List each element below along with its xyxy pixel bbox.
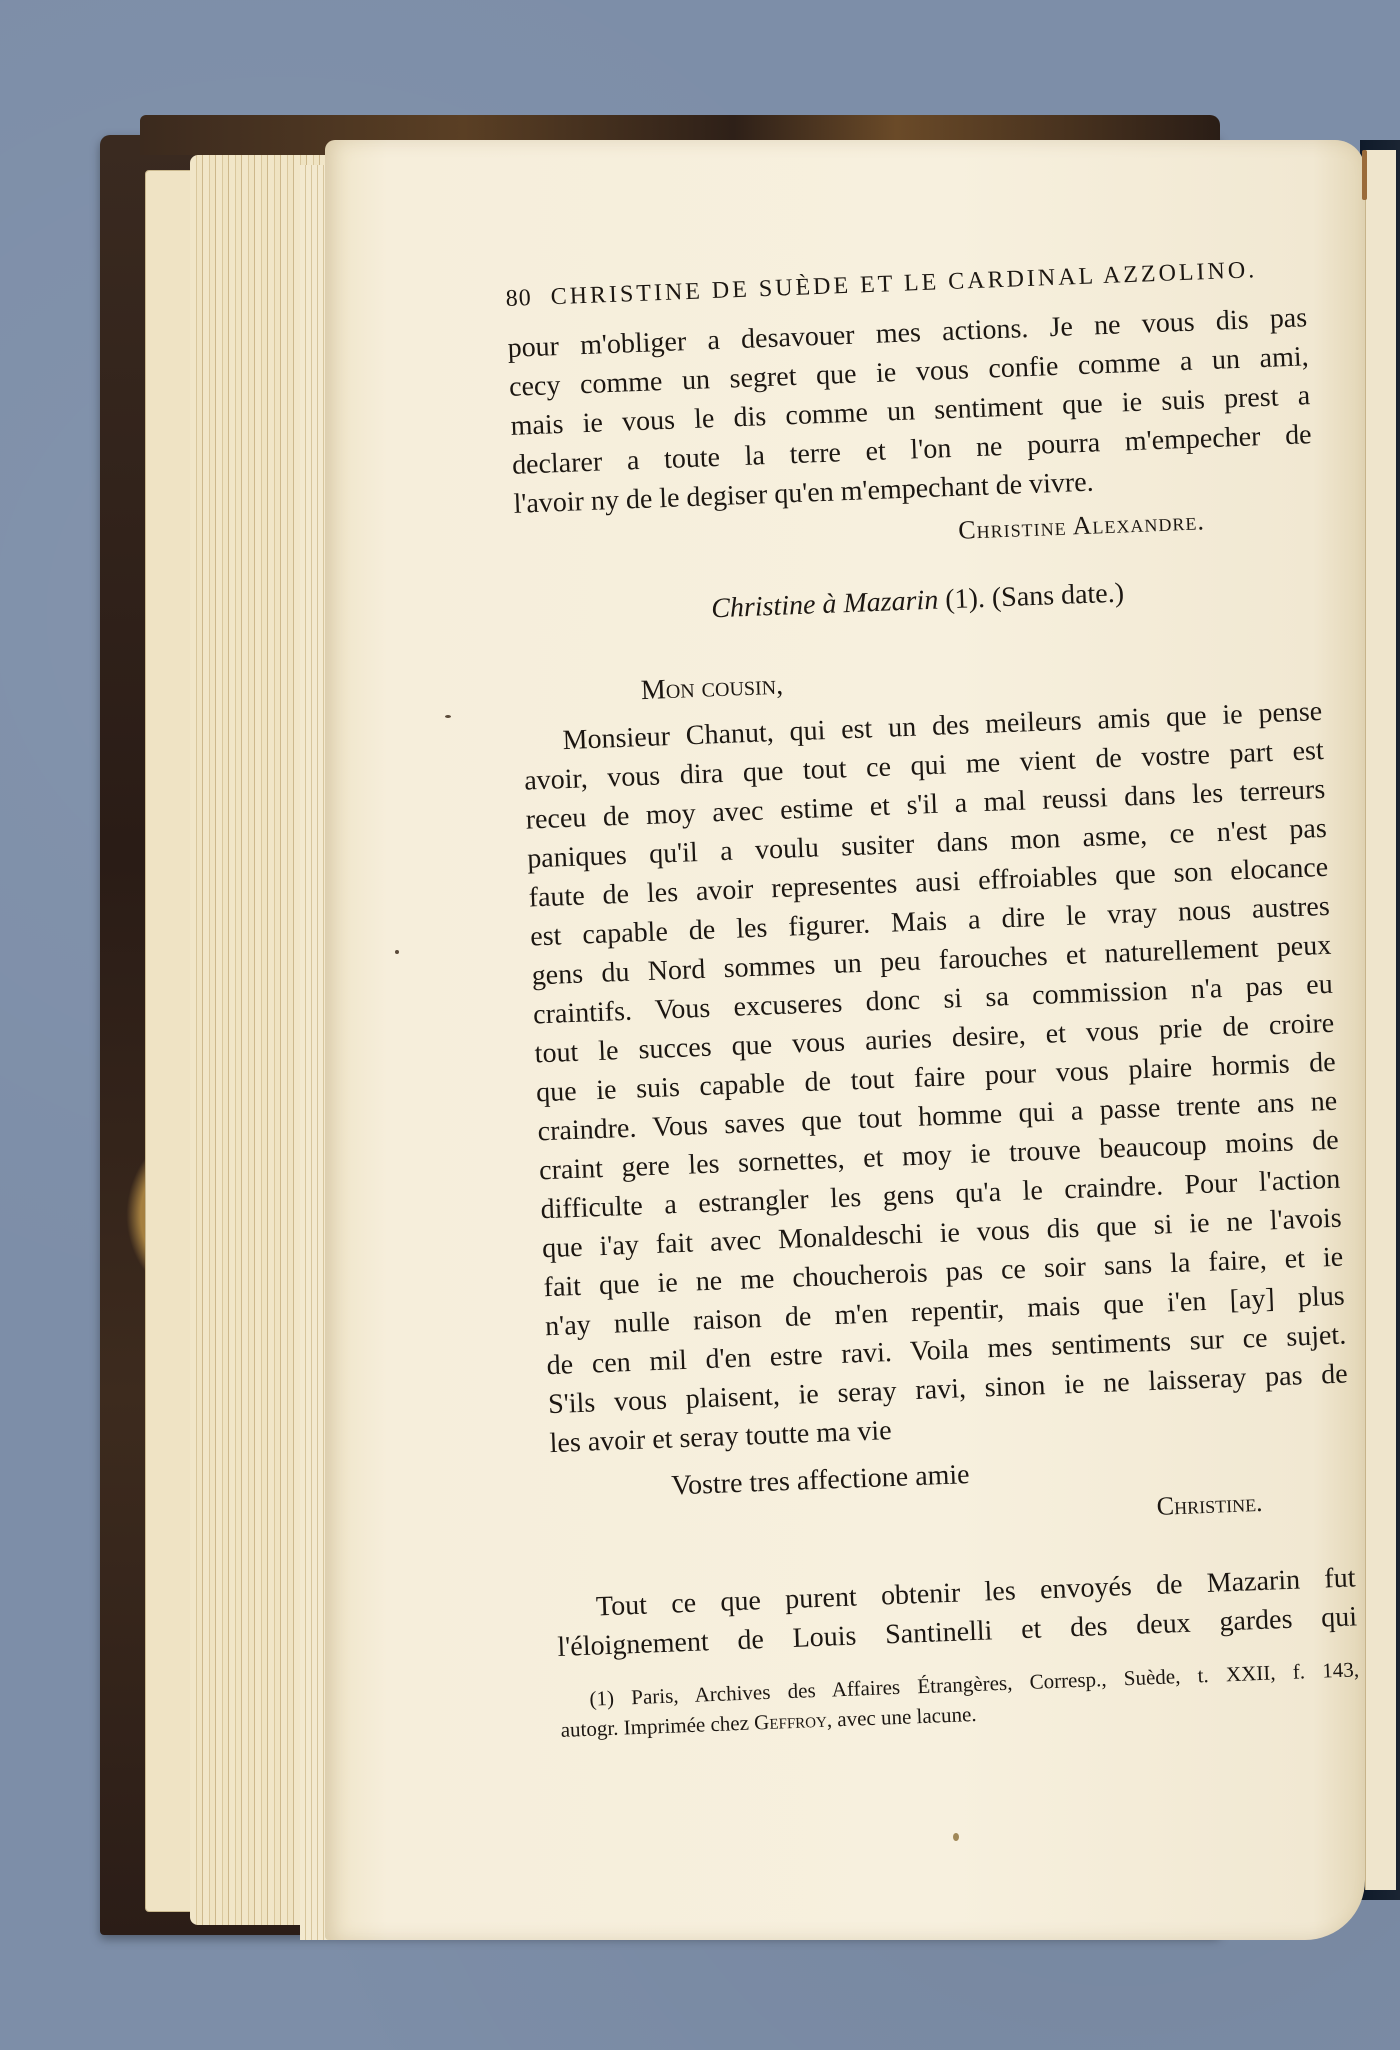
letter-date: (Sans date.) [991, 577, 1124, 613]
paper-speck [395, 950, 399, 954]
letter-body: Monsieur Chanut, qui est un des meileurs… [522, 692, 1350, 1463]
paper-stain [953, 1833, 959, 1841]
continuation-paragraph: pour m'obliger a desavouer mes actions. … [507, 298, 1314, 524]
page-text-block: 80 CHRISTINE DE SUÈDE ET LE CARDINAL AZZ… [505, 249, 1361, 1745]
footnote-text: , avec une lacune. [826, 1702, 977, 1732]
next-page-edge [1365, 150, 1396, 1890]
footnote-text: autogr. Imprimée chez [560, 1711, 754, 1742]
footnote-author: Geffroy [754, 1708, 828, 1735]
footnote-reference: (1). [945, 583, 986, 615]
page-tear-mark [1362, 150, 1367, 200]
narrative-paragraph: Tout ce que purent obtenir les envoyés d… [555, 1558, 1357, 1667]
letter-heading-title: Christine à Mazarin [711, 585, 939, 625]
letter-heading: Christine à Mazarin (1). (Sans date.) [517, 566, 1318, 636]
page-number: 80 [505, 285, 532, 312]
paper-speck [445, 715, 451, 718]
